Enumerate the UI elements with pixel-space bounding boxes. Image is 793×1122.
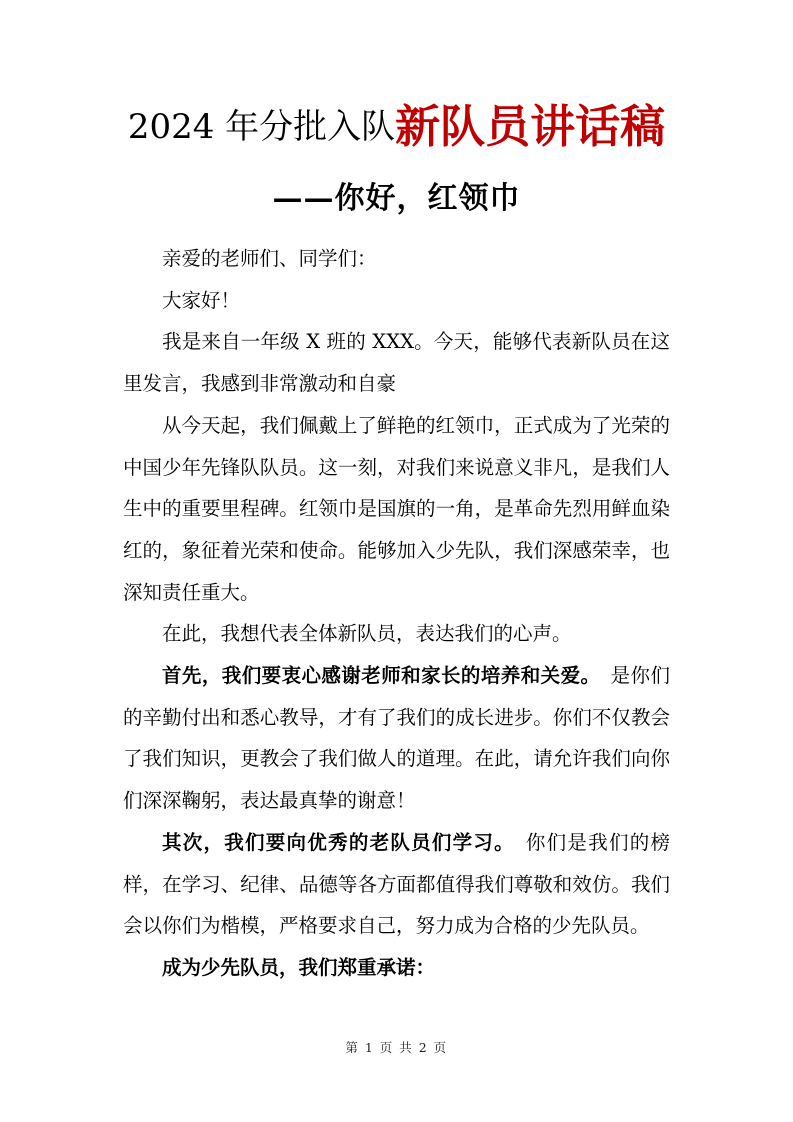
- paragraph-promise-lead: 成为少先队员，我们郑重承诺：: [123, 947, 670, 989]
- paragraph-thanks: 首先，我们要衷心感谢老师和家长的培养和关爱。 是你们的辛勤付出和悉心教导，才有了…: [123, 655, 670, 822]
- paragraph-learn-from-seniors: 其次，我们要向优秀的老队员们学习。 你们是我们的榜样，在学习、纪律、品德等各方面…: [123, 822, 670, 947]
- paragraph-greeting: 大家好！: [123, 280, 670, 322]
- paragraph-self-introduction: 我是来自一年级 X 班的 XXX。今天，能够代表新队员在这里发言，我感到非常激动…: [123, 321, 670, 404]
- document-content: 2024 年分批入队新队员讲话稿 ——你好，红领巾 亲爱的老师们、同学们： 大家…: [0, 0, 793, 989]
- paragraph-promise-bold: 成为少先队员，我们郑重承诺：: [162, 956, 435, 979]
- title-black-segment: 2024 年分批入队: [128, 110, 395, 144]
- paragraph-salutation: 亲爱的老师们、同学们：: [123, 238, 670, 280]
- paragraph-red-scarf-meaning: 从今天起，我们佩戴上了鲜艳的红领巾，正式成为了光荣的中国少年先锋队队员。这一刻，…: [123, 405, 670, 614]
- document-page: 2024 年分批入队新队员讲话稿 ——你好，红领巾 亲爱的老师们、同学们： 大家…: [0, 0, 793, 1122]
- document-subtitle: ——你好，红领巾: [123, 179, 670, 219]
- document-title: 2024 年分批入队新队员讲话稿: [123, 104, 670, 149]
- paragraph-learn-bold-lead: 其次，我们要向优秀的老队员们学习。: [162, 831, 505, 854]
- paragraph-voice-lead-in: 在此，我想代表全体新队员，表达我们的心声。: [123, 613, 670, 655]
- document-body: 亲爱的老师们、同学们： 大家好！ 我是来自一年级 X 班的 XXX。今天，能够代…: [123, 238, 670, 989]
- page-number-footer: 第 1 页 共 2 页: [0, 1038, 793, 1056]
- title-red-segment: 新队员讲话稿: [395, 104, 665, 149]
- paragraph-thanks-bold-lead: 首先，我们要衷心感谢老师和家长的培养和关爱。: [162, 664, 591, 687]
